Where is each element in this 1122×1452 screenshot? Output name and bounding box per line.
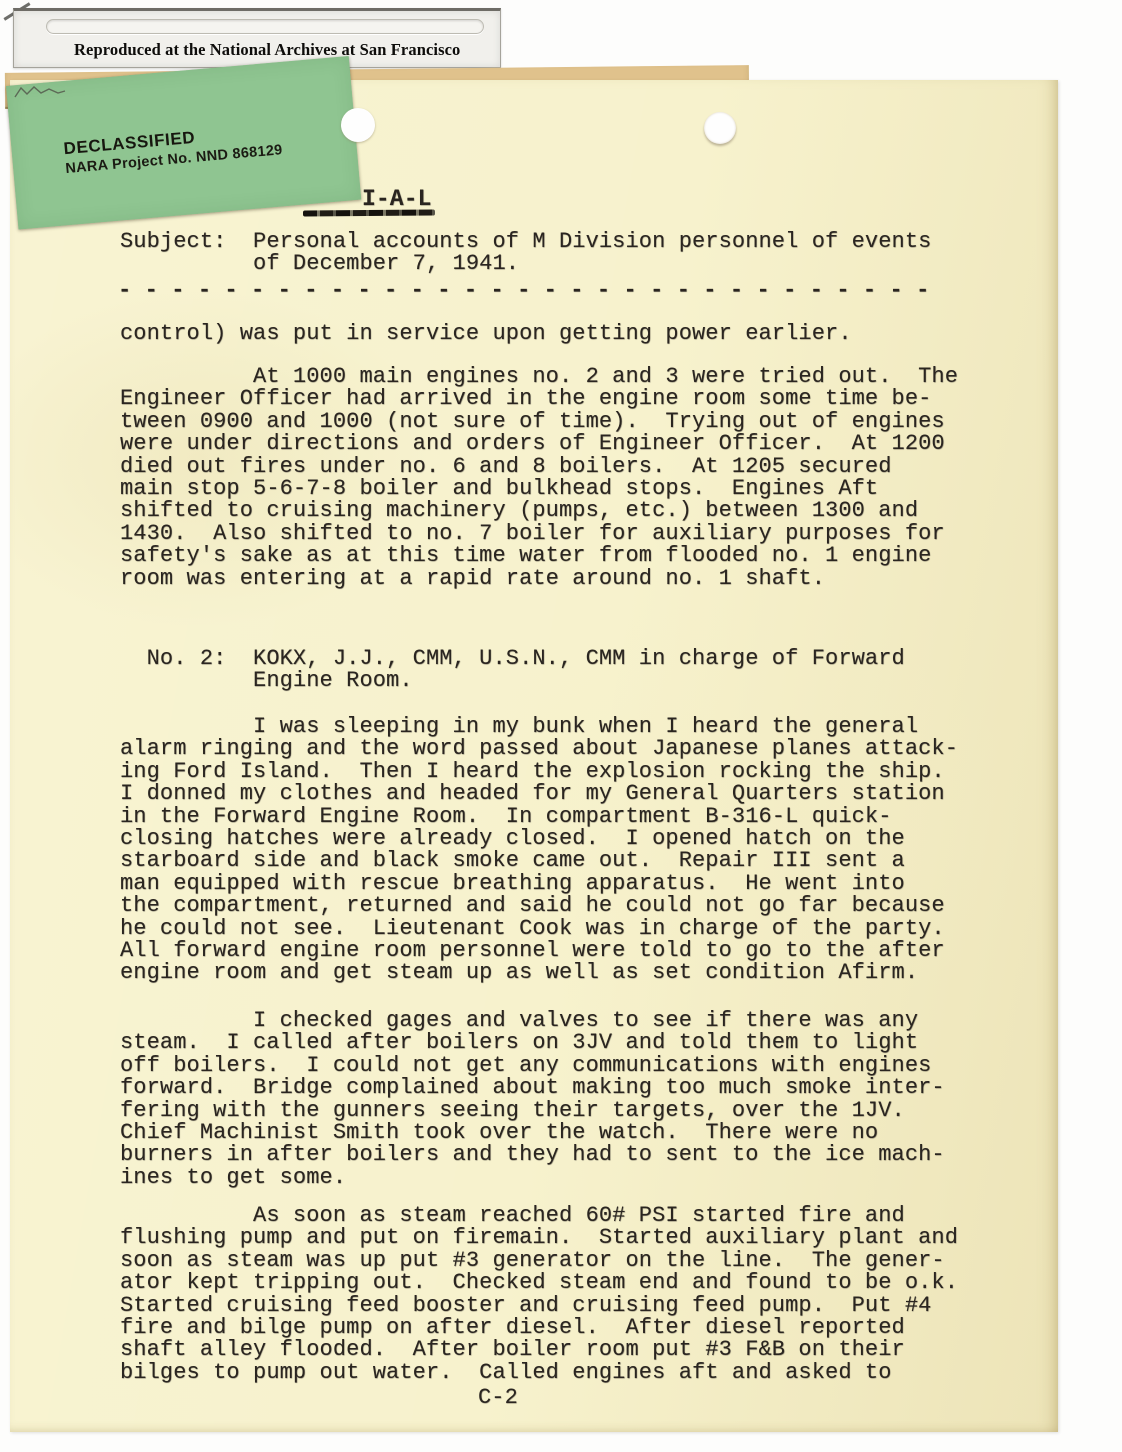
paragraph-3: I checked gages and valves to see if the… <box>120 1010 945 1189</box>
page-number: C-2 <box>478 1387 518 1409</box>
punch-hole-right <box>704 112 736 144</box>
declassified-sticker: DECLASSIFIED NARA Project No. NND 868129 <box>6 56 361 229</box>
subject-block: Subject: Personal accounts of M Division… <box>120 231 931 276</box>
entry-heading-no2: No. 2: KOKX, J.J., CMM, U.S.N., CMM in c… <box>120 648 905 693</box>
document-page: I-A-L Subject: Personal accounts of M Di… <box>10 80 1058 1432</box>
paragraph-2: I was sleeping in my bunk when I heard t… <box>120 716 958 985</box>
label-holder-channel <box>46 19 484 34</box>
pencil-squiggle-mark <box>14 84 66 102</box>
scanned-document: { "colors": { "scan_background": "#fdfdf… <box>0 0 1122 1452</box>
classification-stamp-underline <box>303 210 435 217</box>
punch-hole-left <box>341 108 375 142</box>
paragraph-1: At 1000 main engines no. 2 and 3 were tr… <box>120 366 958 590</box>
paragraph-control: control) was put in service upon getting… <box>120 323 852 345</box>
classification-stamp-fragment: I-A-L <box>362 188 432 210</box>
archive-label-plaque: Reproduced at the National Archives at S… <box>13 8 501 68</box>
archive-label-text: Reproduced at the National Archives at S… <box>74 40 460 60</box>
separator-dashes: - - - - - - - - - - - - - - - - - - - - … <box>118 280 929 302</box>
paragraph-4: As soon as steam reached 60# PSI started… <box>120 1205 958 1384</box>
